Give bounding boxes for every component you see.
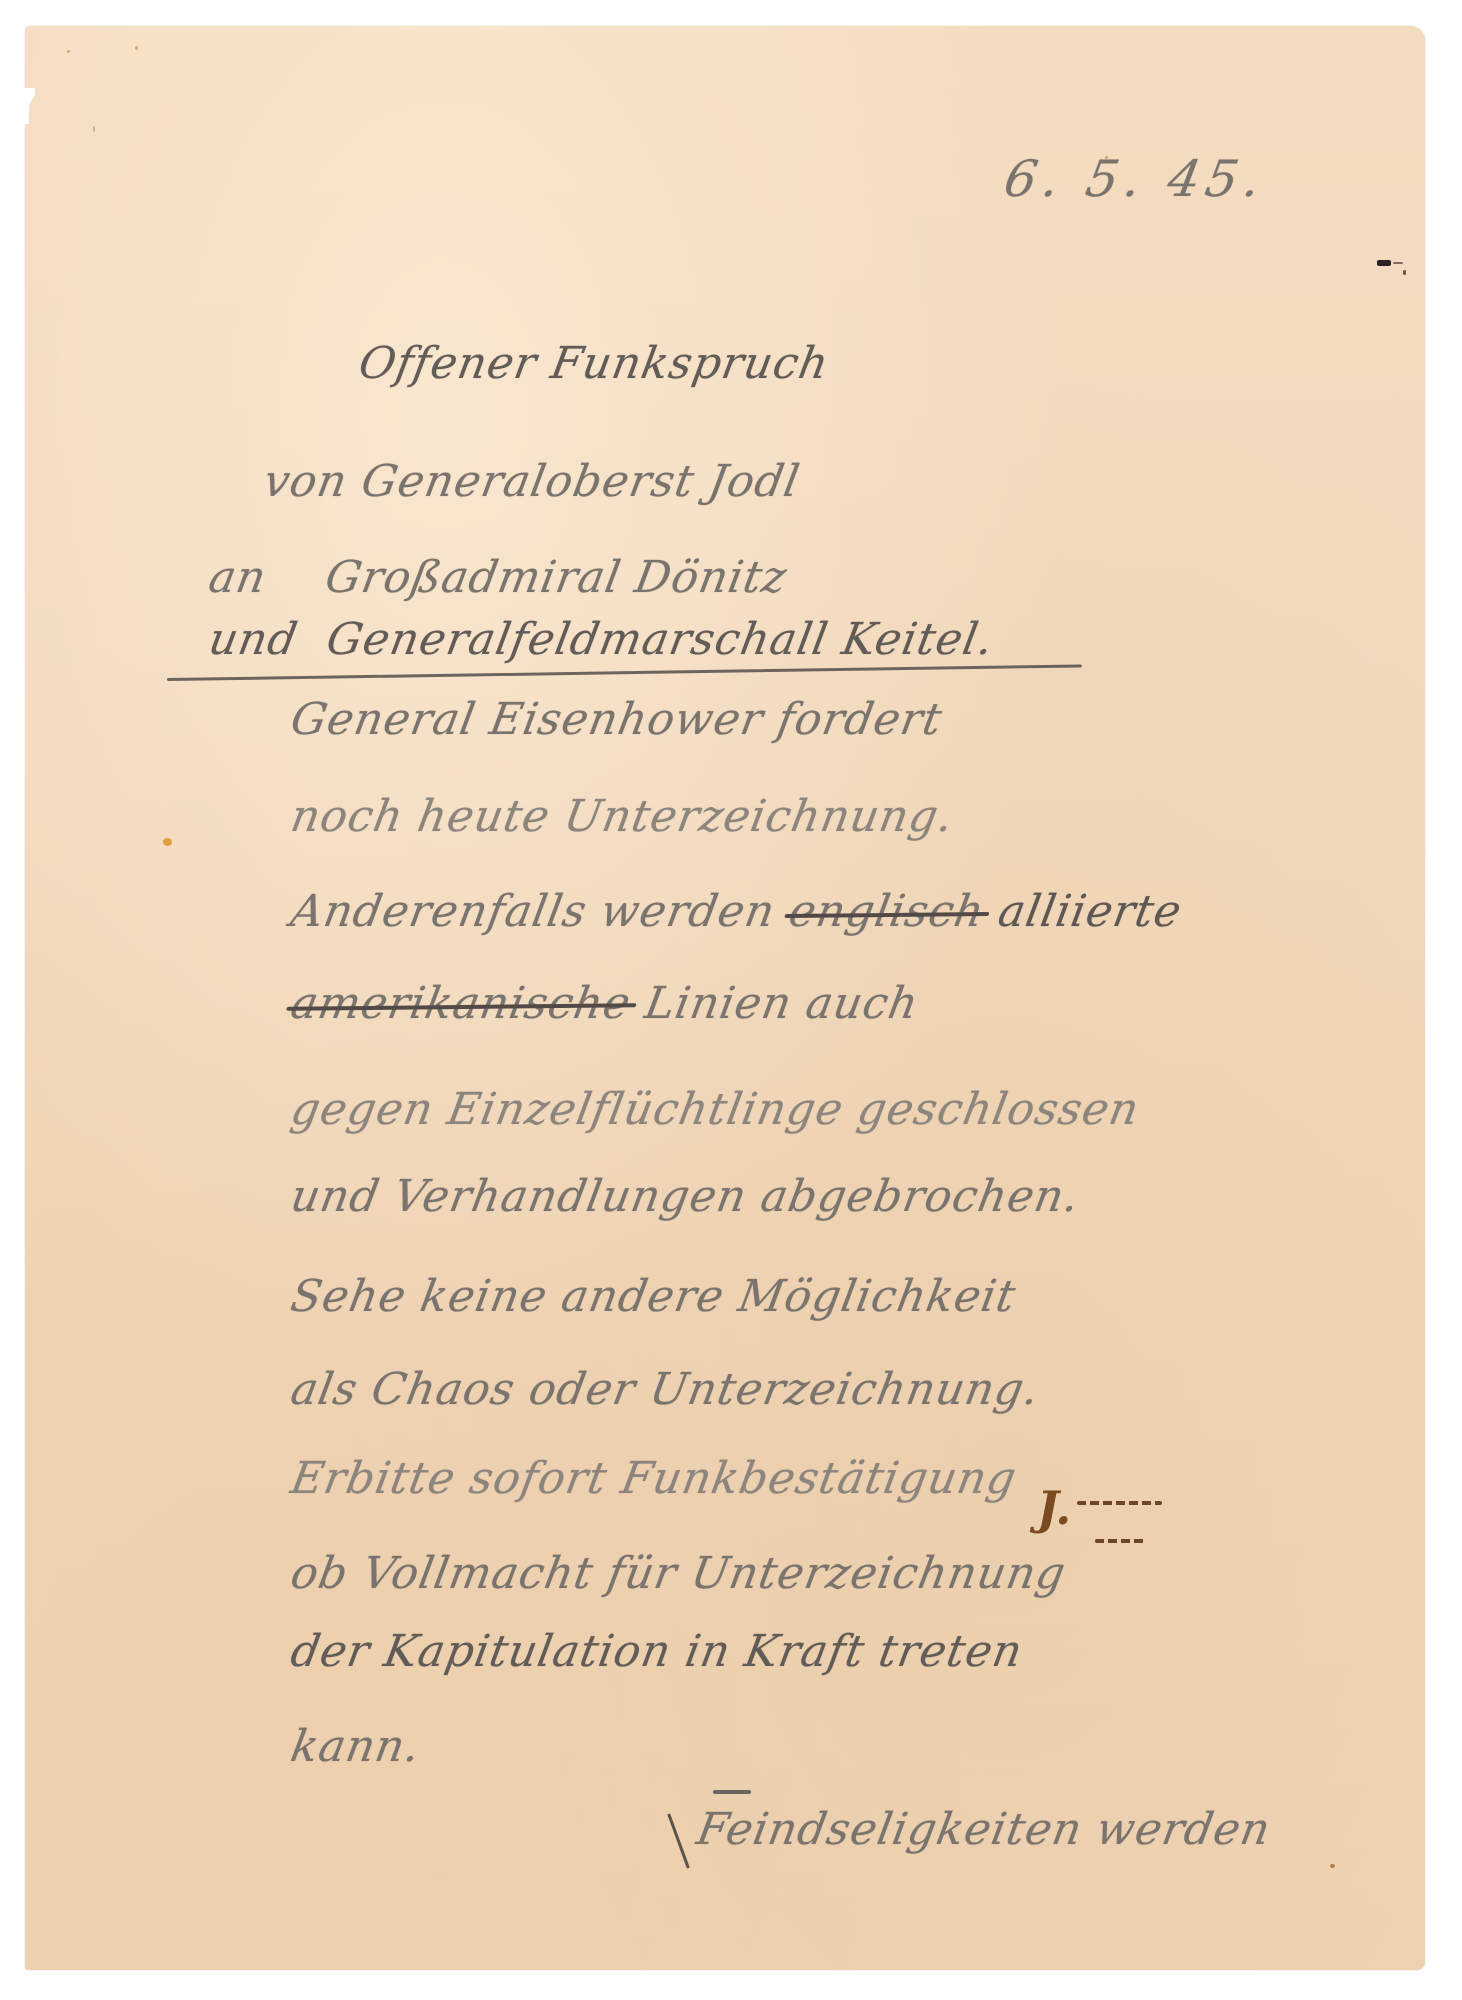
recipient-line-2: und Generalfeldmarschall Keitel.: [205, 614, 998, 665]
body-line-3: Anderenfalls werden englisch alliierte: [287, 886, 1186, 937]
recipient-2-prefix: und: [205, 614, 302, 665]
body-line-8: als Chaos oder Unterzeichnung.: [287, 1364, 1043, 1415]
body-line-10: ob Vollmacht für Unterzeichnung: [287, 1548, 1070, 1599]
body-line-11: der Kapitulation in Kraft treten: [287, 1626, 1027, 1677]
annotation-dash: [1095, 1539, 1145, 1543]
ink-mark: [1393, 262, 1403, 264]
paper-speck: [135, 46, 138, 50]
recipient-1-name: Großadmiral Dönitz: [322, 552, 792, 603]
body-line-3-before: Anderenfalls werden: [287, 886, 779, 937]
document-date: 6. 5. 45.: [1000, 150, 1271, 208]
orange-stain: [163, 838, 172, 846]
recipient-prefix: an: [205, 552, 271, 603]
ink-mark: [1377, 260, 1391, 266]
annotation-dash: [1077, 1501, 1162, 1505]
body-line-5: gegen Einzelflüchtlinge geschlossen: [287, 1084, 1143, 1135]
annotation-initial: J.: [1037, 1481, 1071, 1535]
body-line-2: noch heute Unterzeichnung.: [287, 791, 958, 842]
document-scan: 6. 5. 45. Offener Funkspruch von General…: [0, 0, 1462, 2000]
body-line-9: Erbitte sofort Funkbestätigung: [287, 1453, 1021, 1504]
initial-annotation: J.: [1037, 1481, 1217, 1561]
body-line-1: General Eisenhower fordert: [287, 694, 946, 745]
paper-speck: [93, 126, 95, 132]
body-line-4-after: Linien auch: [641, 978, 923, 1029]
ink-mark: [1403, 270, 1406, 275]
body-line-6: und Verhandlungen abgebrochen.: [287, 1171, 1084, 1222]
sender-line: von Generaloberst Jodl: [260, 456, 804, 507]
inserted-word-alliierte: alliierte: [994, 886, 1185, 937]
paper-speck: [67, 50, 70, 53]
torn-edge: [21, 88, 35, 124]
paper-speck: [1330, 1864, 1335, 1868]
body-line-4: amerikanische Linien auch: [287, 978, 923, 1029]
bracket-mark: [667, 1813, 690, 1869]
body-line-12: kann.: [287, 1721, 425, 1772]
recipient-2-name: Generalfeldmarschall Keitel.: [323, 614, 998, 665]
continuation-line: Feindseligkeiten werden: [693, 1804, 1275, 1855]
recipient-line-1: an Großadmiral Dönitz: [205, 552, 791, 603]
document-title: Offener Funkspruch: [355, 338, 833, 389]
struck-word-amerikanische: amerikanische: [287, 978, 635, 1029]
overbar-mark: [713, 1790, 751, 1794]
header-divider: [167, 664, 1082, 681]
paper-sheet: 6. 5. 45. Offener Funkspruch von General…: [25, 26, 1425, 1970]
body-line-7: Sehe keine andere Möglichkeit: [287, 1271, 1020, 1322]
struck-word-englisch: englisch: [785, 886, 988, 937]
